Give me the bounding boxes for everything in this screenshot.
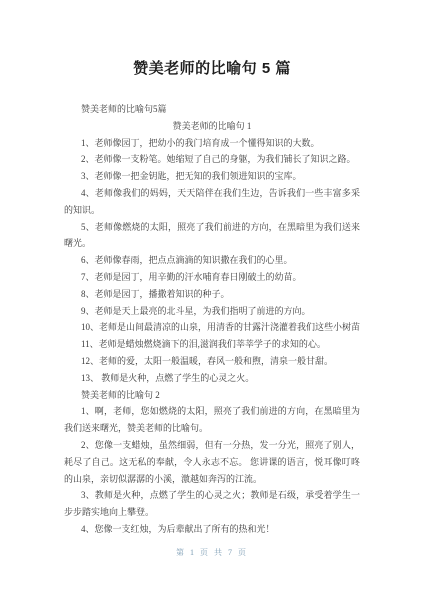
paragraph: 1、老师像园丁，把幼小的我门培育成一个懂得知识的大数。 — [64, 135, 360, 152]
paragraph: 13、 教师是火种，点燃了学生的心灵之火。 — [64, 370, 360, 387]
paragraph: 10、老师是山间最清凉的山泉，用清香的甘露汁浇灌着我们这些小树苗 — [64, 319, 360, 336]
paragraph: 1、啊，老师，您如燃烧的太阳，照亮了我们前进的方向，在黑暗里为我们送来曙光，赞美… — [64, 403, 360, 437]
paragraph: 6、老师像春雨，把点点滴滴的知识撒在我们的心里。 — [64, 252, 360, 269]
page-number-label: 第 1 页 共 7 页 — [176, 548, 248, 557]
section-heading: 赞美老师的比喻句 1 — [64, 118, 360, 135]
document-body: 赞美老师的比喻句5篇 赞美老师的比喻句 11、老师像园丁，把幼小的我门培育成一个… — [64, 101, 360, 538]
document-title: 赞美老师的比喻句 5 篇 — [64, 57, 360, 78]
paragraph: 5、老师像燃烧的太阳，照亮了我们前进的方向，在黑暗里为我们送来曙光。 — [64, 219, 360, 253]
sections-container: 赞美老师的比喻句 11、老师像园丁，把幼小的我门培育成一个懂得知识的大数。2、老… — [64, 118, 360, 538]
paragraph: 3、老师像一把金钥匙，把无知的我们领进知识的宝库。 — [64, 168, 360, 185]
section-heading: 赞美老师的比喻句 2 — [64, 387, 360, 404]
paragraph: 3、教师是火种，点燃了学生的心灵之火；教师是石级，承受着学生一步步踏实地向上攀登… — [64, 487, 360, 521]
paragraph: 8、老师是园丁，播撒着知识的种子。 — [64, 286, 360, 303]
document-page: 赞美老师的比喻句 5 篇 赞美老师的比喻句5篇 赞美老师的比喻句 11、老师像园… — [0, 0, 424, 600]
paragraph: 2、您像一支蜡烛，虽然细弱，但有一分热，发一分光，照亮了别人，耗尽了自己。这无私… — [64, 437, 360, 487]
paragraph: 12、老师的爱，太阳一般温暖，春风一般和煦，清泉一般甘甜。 — [64, 353, 360, 370]
paragraph: 11、老师是蜡烛燃烧滴下的泪,滋润我们莘莘学子的求知的心。 — [64, 336, 360, 353]
paragraph: 2、老师像一支粉笔。她缩短了自己的身躯，为我们铺长了知识之路。 — [64, 151, 360, 168]
paragraph: 4、老师像我们的妈妈，天天陪伴在我们生边，告诉我们一些丰富多采的知识。 — [64, 185, 360, 219]
paragraph: 9、老师是天上最亮的北斗星，为我们指明了前进的方向。 — [64, 303, 360, 320]
paragraph: 7、老师是园丁，用辛勤的汗水哺育春日刚破土的幼苗。 — [64, 269, 360, 286]
intro-paragraph: 赞美老师的比喻句5篇 — [64, 101, 360, 118]
paragraph: 4、您像一支红烛，为后辈献出了所有的热和光！ — [64, 521, 360, 538]
page-footer: 第 1 页 共 7 页 — [0, 547, 424, 558]
